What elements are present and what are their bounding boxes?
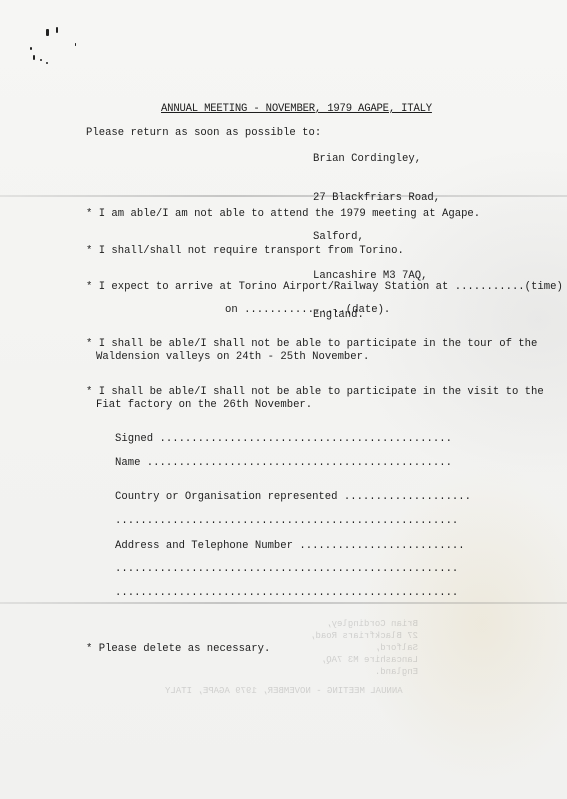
return-instruction: Please return as soon as possible to: xyxy=(86,127,321,140)
address-telephone-field-cont[interactable]: ........................................… xyxy=(115,563,458,576)
arrival-date-line: on ................(date). xyxy=(225,304,390,317)
signed-field[interactable]: Signed .................................… xyxy=(115,433,452,446)
ink-mark xyxy=(33,55,35,60)
scanned-document-page: ANNUAL MEETING - NOVEMBER, 1979 AGAPE, I… xyxy=(0,0,567,799)
bleed-through-text: Brian Cordingley, 27 Blackfriars Road, S… xyxy=(310,618,418,678)
fiat-visit-statement: * I shall be able/I shall not be able to… xyxy=(86,386,544,399)
ink-mark xyxy=(40,59,42,61)
address-telephone-field[interactable]: Address and Telephone Number ...........… xyxy=(115,540,465,553)
fiat-visit-statement-cont: Fiat factory on the 26th November. xyxy=(96,399,312,412)
name-field[interactable]: Name ...................................… xyxy=(115,457,452,470)
bleed-through-title: ANNUAL MEETING - NOVEMBER, 1979 AGAPE, I… xyxy=(165,685,403,698)
address-line: Brian Cordingley, xyxy=(313,153,440,166)
arrival-time-statement: * I expect to arrive at Torino Airport/R… xyxy=(86,281,563,294)
footnote: * Please delete as necessary. xyxy=(86,643,270,656)
ink-mark xyxy=(30,47,32,50)
transport-statement: * I shall/shall not require transport fr… xyxy=(86,245,404,258)
address-line: 27 Blackfriars Road, xyxy=(313,192,440,205)
address-line: Salford, xyxy=(313,231,440,244)
ink-mark xyxy=(46,62,48,64)
fold-line xyxy=(0,602,567,604)
address-telephone-field-cont[interactable]: ........................................… xyxy=(115,587,458,600)
valley-tour-statement-cont: Waldension valleys on 24th - 25th Novemb… xyxy=(96,351,369,364)
attendance-statement: * I am able/I am not able to attend the … xyxy=(86,208,480,221)
ink-mark xyxy=(75,43,76,46)
country-organisation-field-cont[interactable]: ........................................… xyxy=(115,515,458,528)
document-title: ANNUAL MEETING - NOVEMBER, 1979 AGAPE, I… xyxy=(161,103,432,116)
fold-line xyxy=(0,195,567,197)
handwritten-marks xyxy=(28,26,78,66)
country-organisation-field[interactable]: Country or Organisation represented ....… xyxy=(115,491,471,504)
ink-mark xyxy=(46,29,49,36)
ink-mark xyxy=(56,27,58,33)
valley-tour-statement: * I shall be able/I shall not be able to… xyxy=(86,338,537,351)
